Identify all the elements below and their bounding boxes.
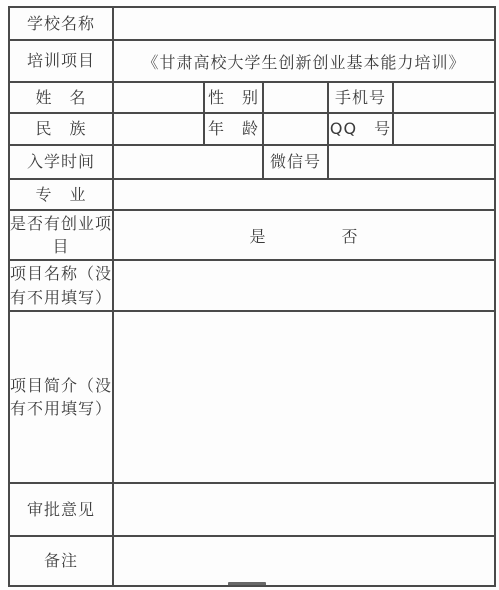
approval-opinion-label: 审批意见 [9,483,113,536]
row-remarks: 备注 [9,536,495,586]
has-startup-project-label: 是否有创业项 目 [9,210,113,260]
application-form-table: 学校名称 培训项目 《甘肃高校大学生创新创业基本能力培训》 姓 名 性 别 手机… [8,6,496,587]
major-value-cell [113,179,495,210]
school-name-value-cell [113,7,495,40]
gender-value-cell [263,82,328,113]
age-label: 年 龄 [204,113,263,145]
row-ethnicity-age-qq: 民 族 年 龄 QQ 号 [9,113,495,145]
qq-label: QQ 号 [328,113,393,145]
school-name-label: 学校名称 [9,7,113,40]
approval-opinion-value-cell [113,483,495,536]
project-intro-label: 项目简介（没 有不用填写） [9,311,113,483]
row-name-gender-mobile: 姓 名 性 别 手机号 [9,82,495,113]
project-intro-value-cell [113,311,495,483]
ethnicity-label: 民 族 [9,113,113,145]
enrollment-time-label: 入学时间 [9,145,113,179]
row-school-name: 学校名称 [9,7,495,40]
major-label: 专 业 [9,179,113,210]
age-value-cell [263,113,328,145]
remarks-label: 备注 [9,536,113,586]
row-project-intro: 项目简介（没 有不用填写） [9,311,495,483]
no-option: 否 [342,224,359,247]
scanned-form-page: 学校名称 培训项目 《甘肃高校大学生创新创业基本能力培训》 姓 名 性 别 手机… [0,0,499,590]
name-value-cell [113,82,204,113]
has-startup-project-options-cell: 是 否 [113,210,495,260]
name-label: 姓 名 [9,82,113,113]
row-project-name: 项目名称（没 有不用填写） [9,260,495,311]
enrollment-time-value-cell [113,145,263,179]
scan-artifact-mark [228,582,266,586]
project-name-label: 项目名称（没 有不用填写） [9,260,113,311]
row-approval-opinion: 审批意见 [9,483,495,536]
ethnicity-value-cell [113,113,204,145]
wechat-label: 微信号 [263,145,328,179]
training-program-value: 《甘肃高校大学生创新创业基本能力培训》 [113,40,495,82]
mobile-value-cell [393,82,495,113]
row-major: 专 业 [9,179,495,210]
yes-option: 是 [250,224,267,247]
row-has-startup-project: 是否有创业项 目 是 否 [9,210,495,260]
remarks-value-cell [113,536,495,586]
qq-value-cell [393,113,495,145]
project-name-value-cell [113,260,495,311]
training-program-label: 培训项目 [9,40,113,82]
mobile-label: 手机号 [328,82,393,113]
yes-no-options: 是 否 [114,224,494,247]
row-enrollment-wechat: 入学时间 微信号 [9,145,495,179]
row-training-program: 培训项目 《甘肃高校大学生创新创业基本能力培训》 [9,40,495,82]
wechat-value-cell [328,145,495,179]
gender-label: 性 别 [204,82,263,113]
